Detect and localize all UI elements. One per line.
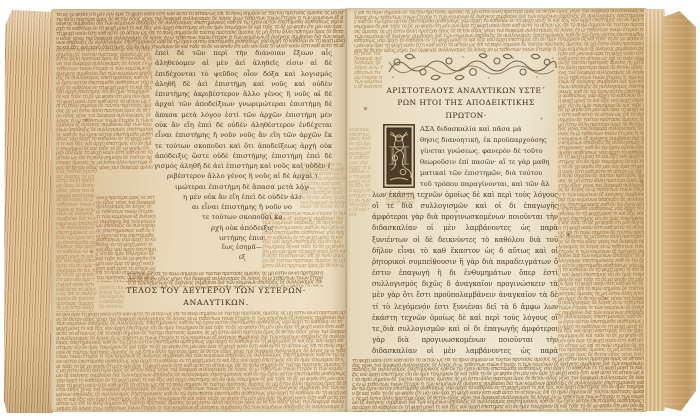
marginalia-block: ἄλλη προτέρα ὅρος δὲ θετὸν εἶδος γένει τ… <box>96 196 156 282</box>
printed-line: θεωροῦσιν ἐπὶ πασῶν· αἵ τε γὰρ μαθη <box>420 157 558 168</box>
printed-line: ΑΣΑ διδασκαλία καὶ πᾶσα μά <box>420 124 558 135</box>
right-board-edge <box>663 11 696 411</box>
foxing-spot <box>455 210 458 213</box>
heading-line: ΠΡΩΤΟΝ· <box>372 110 560 122</box>
chapter-heading: ΑΡΙΣΤΟΤΕΛΟΥΣ ΑΝΑΛΥΤΙΚΩΝ ΥΣΤΕ´ ΡΩΝ ΗΤΟΙ Τ… <box>372 85 560 122</box>
printed-line: η μὲν οὐκ ἂν εἴη ἐπεὶ δὲ οὐδὲν ἀληθέστερ… <box>183 192 301 202</box>
printed-end-note: εξ <box>234 253 250 263</box>
printed-line: τοῦ τρόπου παραγίνονται, καὶ τῶν ἄλ <box>420 179 558 190</box>
foxing-spot <box>640 180 644 184</box>
right-printed-opening: ΑΣΑ διδασκαλία καὶ πᾶσα μά θησις διανοητ… <box>420 124 558 190</box>
book-photo: τὸ δὲ γρ φησὶν ὅτι μὲν οὖν ἄρα τῇ ψυχῇ ν… <box>0 0 700 420</box>
printed-line: ριβέστερον ἄλλο γένος ἢ νοῦς αἱ δὲ ἀρχαὶ… <box>167 171 317 181</box>
left-printed-text-block: ἐπεὶ δὲ τῶν περὶ τὴν διάνοιαν ἕξεων αἷς … <box>155 48 332 161</box>
foxing-spot <box>84 118 88 122</box>
headpiece-ornament <box>385 50 558 84</box>
marginalia-block: ος γένει τινὶ διαφορᾷ συλλογισμὸς δὲ λόγ… <box>354 52 384 88</box>
foxing-spot <box>540 117 543 120</box>
printed-line: ιστήμης ἐπιστήμη <box>219 233 265 243</box>
foxing-spot <box>604 297 607 300</box>
printed-line: γίνεται γνώσεως. φανερὸν δὲ τοῦτο <box>420 146 558 157</box>
printed-line: θησις διανοητικὴ, ἐκ προϋπαρχούσης <box>420 135 558 146</box>
printed-line: γισμός ἀληθῆ δὲ ἀεὶ ἐπιστήμη καὶ νοῦς κα… <box>154 161 330 171</box>
printed-line: ρχὴ οὐκ ἀπόδειξις ὥστε οὐδὲ ἐπιστήμης ἐπ… <box>211 223 273 233</box>
marginalia-block: οεῖν ἔστι καθ αὑτὸ τὸ αἴτιον ὡς ἐπὶ τὸ π… <box>56 48 153 171</box>
marginalia-block: ς ἐπὶ τὸ πολὺ σημεῖον δὲ τούτου πρότασις… <box>354 9 646 53</box>
drop-cap-woodcut <box>383 124 415 188</box>
left-fore-edge <box>4 10 53 413</box>
printed-line: ιμώτεραι ἐπιστήμη δὲ ἅπασα μετὰ λόγου ἐσ… <box>175 182 309 192</box>
foxing-spot <box>238 335 241 338</box>
heading-line: ΡΩΝ ΗΤΟΙ ΤΗΣ ΑΠΟΔΕΙΚΤΙΚΗΣ <box>372 97 560 109</box>
marginalia-block: ὲν οὖν ἄρα τῇ ψυχῇ νοεῖν ἔστι καθ αὑτὸ τ… <box>56 311 346 412</box>
printed-line: ματικαὶ τῶν ἐπιστημῶν, διὰ τούτου <box>420 168 558 179</box>
foxing-spot <box>299 29 302 32</box>
printed-end-note: ἕως ἐσημᾶ— <box>219 243 265 253</box>
printed-line: τε τούτων σκοποῦσι καὶ ὅτι ἀποδείξεως ἀρ… <box>202 212 282 222</box>
foxing-spot <box>566 232 571 237</box>
printed-line: αι εἶναι ἐπιστήμης ἢ νοῦν νοῦς ἂν εἴη τῶ… <box>192 202 292 212</box>
colophon: ΤΕΛΟΣ ΤΟΥ ΔΕΥΤΕΡΟΥ ΤΩΝ ΥΣΤΕΡΩΝ· ΑΝΑΛΥΤΙΚ… <box>118 285 314 308</box>
foxing-spot <box>90 250 93 253</box>
left-printed-taper: γισμός ἀληθῆ δὲ ἀεὶ ἐπιστήμη καὶ νοῦς κα… <box>152 161 332 262</box>
heading-line: ΑΡΙΣΤΟΤΕΛΟΥΣ ΑΝΑΛΥΤΙΚΩΝ ΥΣΤΕ´ <box>372 85 560 97</box>
marginalia-block: ν δὲ τούτου πρότασις ἄμεσος ἧς μὴ ἔστιν … <box>56 170 97 312</box>
right-page-edges <box>644 9 665 411</box>
colophon-line: ΤΕΛΟΣ ΤΟΥ ΔΕΥΤΕΡΟΥ ΤΩΝ ΥΣΤΕΡΩΝ· <box>118 285 314 297</box>
foxing-spot <box>363 106 368 111</box>
marginalia-block: τῇ ψυχῇ νοεῖν ἔστι καθ αὑτὸ τὸ αἴτιον ὡς… <box>352 357 647 412</box>
foxing-spot <box>199 391 202 394</box>
foxing-spot <box>433 262 436 265</box>
colophon-line: ΑΝΑΛΥΤΙΚΩΝ. <box>118 297 314 309</box>
foxing-spot <box>317 93 320 96</box>
foxing-spot <box>611 59 614 62</box>
marginalia-block: λογισμὸς ἐπιστημονικὸς καθ ὃν τῷ ἔχειν α… <box>349 128 371 323</box>
foxing-spot <box>380 330 383 333</box>
marginalia-block: ησὶν ὅτι μὲν οὖν ἄρα τῇ ψυχῇ νοεῖν ἔστι … <box>558 52 648 359</box>
right-printed-text-block: λων ἑκάστη τεχνῶν ὁμοίως δὲ καὶ περὶ τοὺ… <box>372 190 558 357</box>
